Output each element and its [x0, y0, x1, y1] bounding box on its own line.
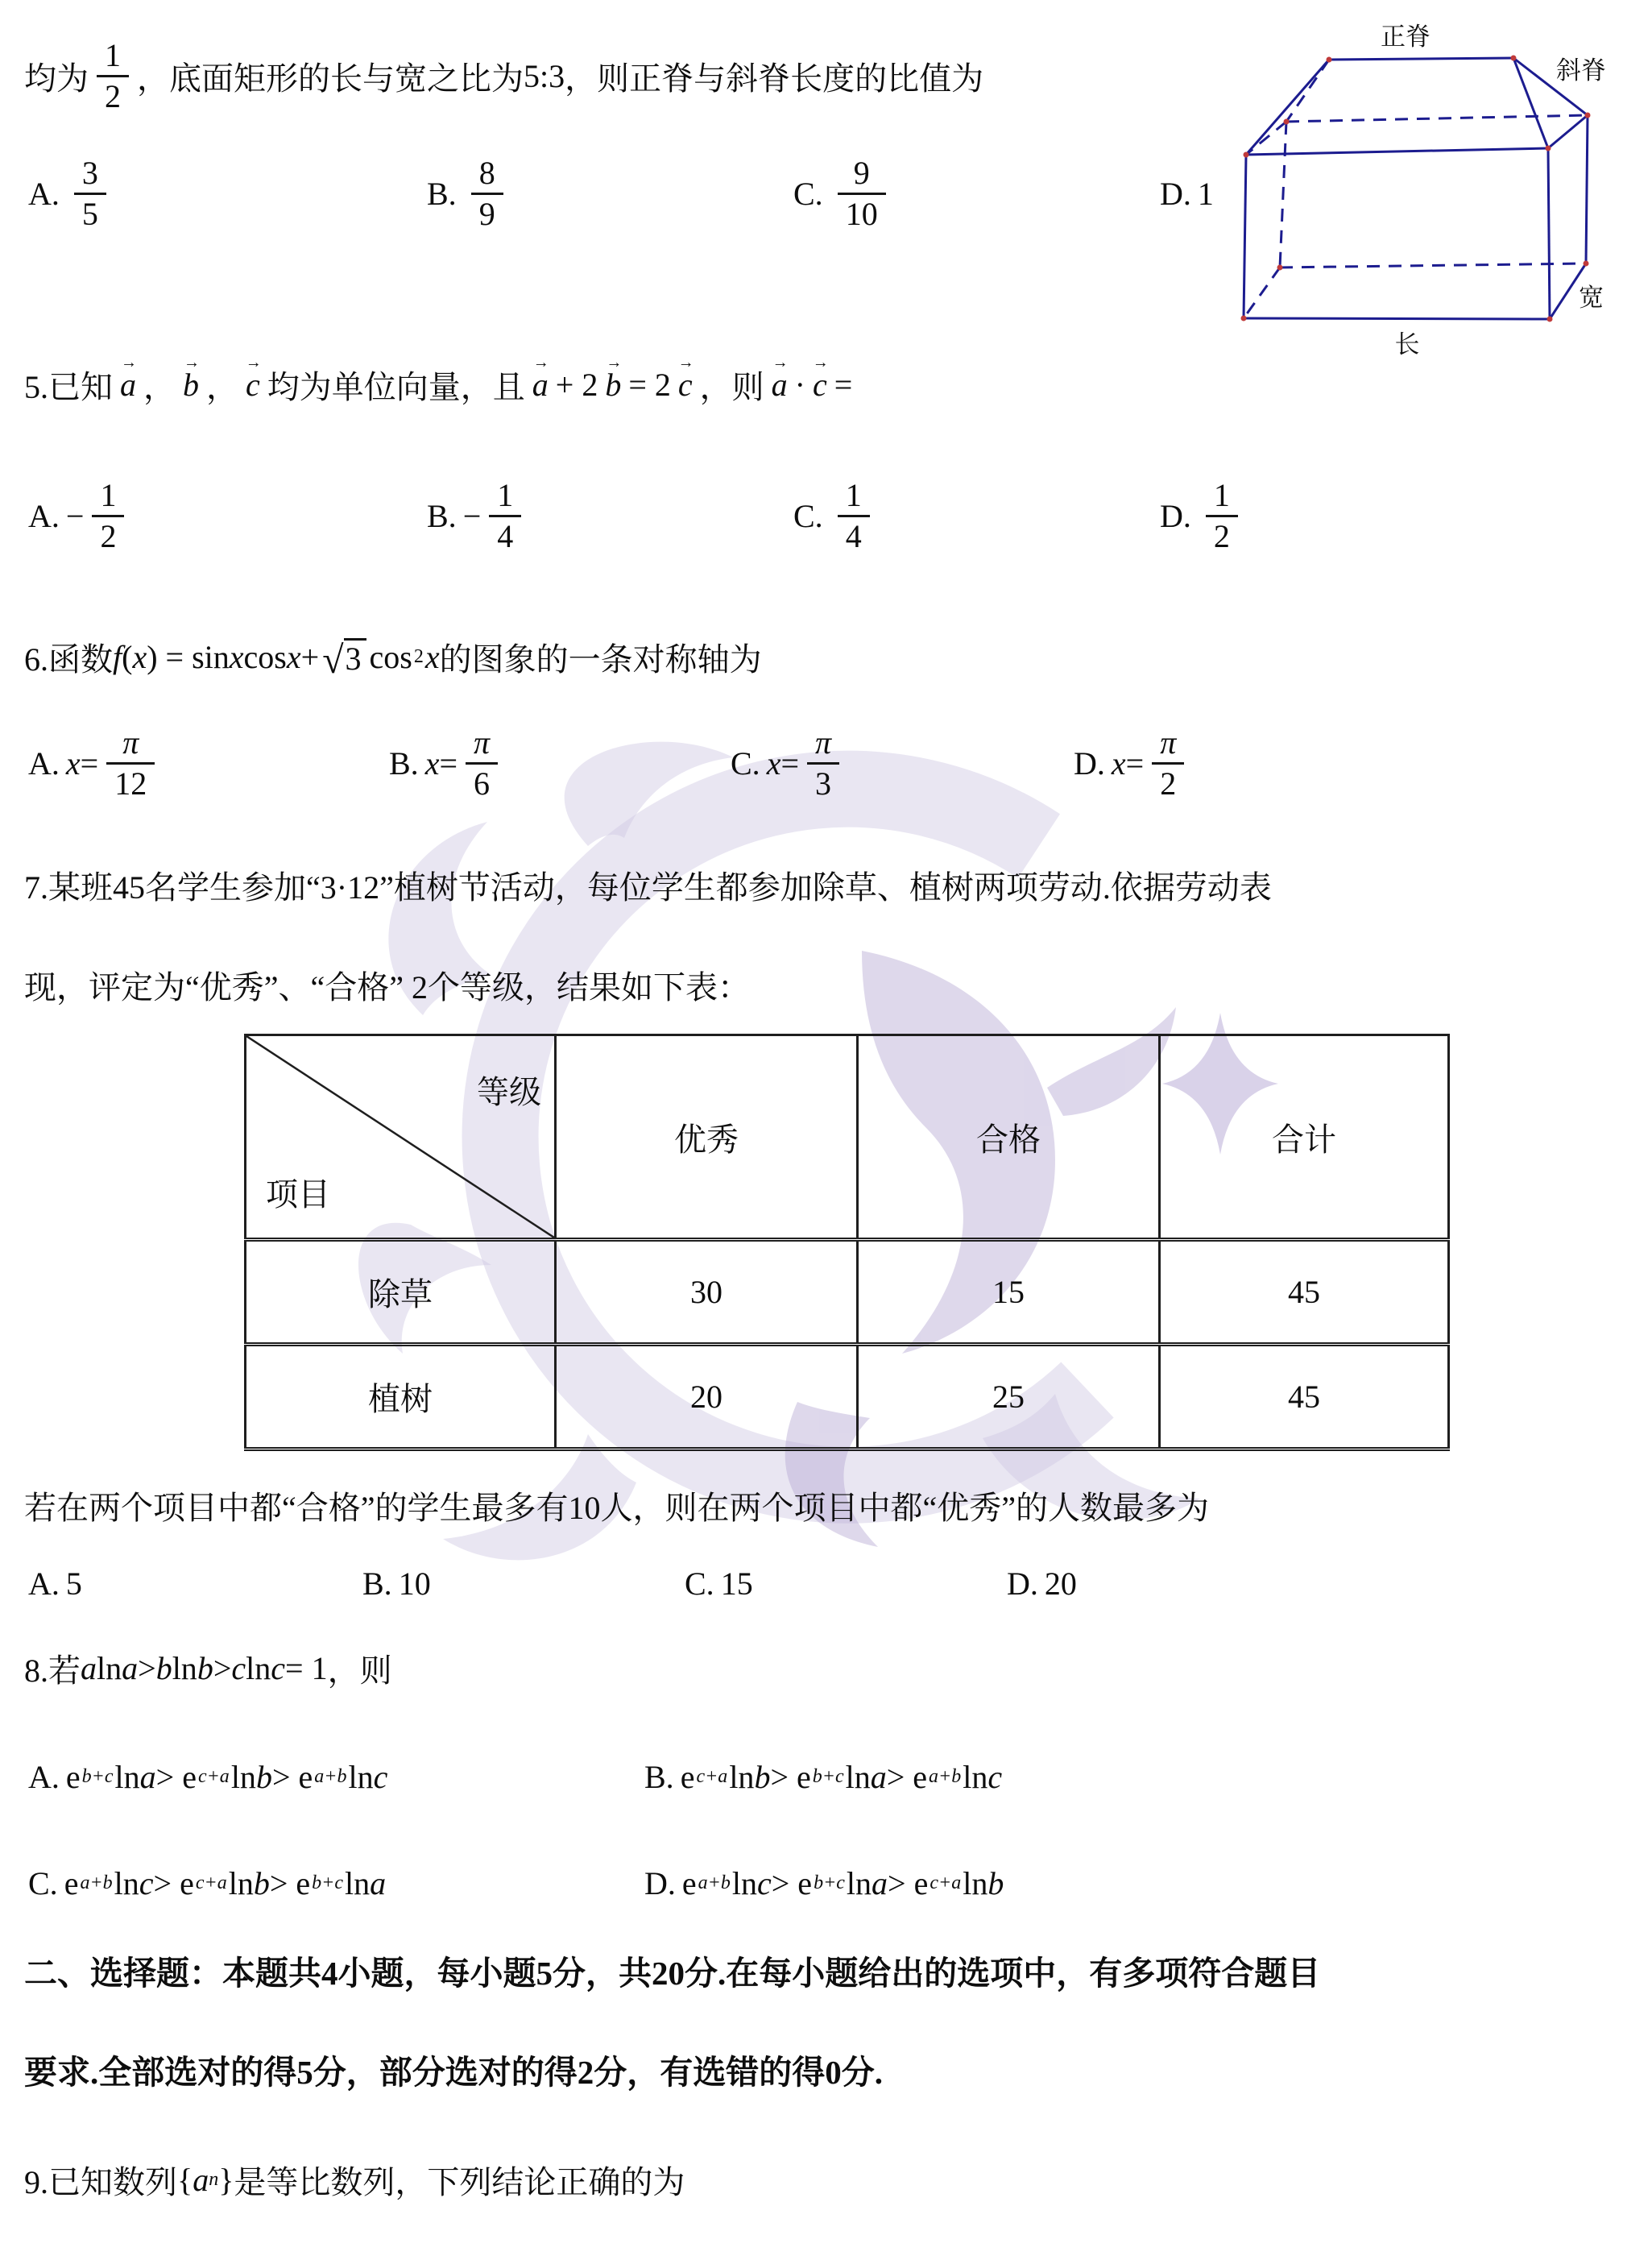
q8-option-c: C.ea+b ln c > ec+a ln b > eb+c ln a: [28, 1839, 386, 1927]
q8-option-d: D.ea+b ln c > eb+c ln a > ec+a ln b: [644, 1839, 1004, 1927]
q7-option-b: B.10: [362, 1555, 431, 1611]
table-row-weeding: 除草 30 15 45: [246, 1240, 1449, 1345]
row-label: 植树: [246, 1345, 556, 1449]
label-length: 长: [1395, 330, 1420, 359]
table-header-row: 等级 项目 优秀 合格 合计: [246, 1035, 1449, 1240]
q7-option-d: D.20: [1007, 1555, 1077, 1611]
q7-option-c: C.15: [685, 1555, 753, 1611]
table-row-planting: 植树 20 25 45: [246, 1345, 1449, 1449]
q6-options: A.x = π12 B.x = π6 C.x = π3 D.x = π2: [0, 703, 1652, 823]
header-total: 合计: [1160, 1035, 1449, 1240]
q7-option-a: A.5: [28, 1555, 82, 1611]
q6-option-a: A.x = π12: [28, 703, 163, 823]
q4-option-d: D.1: [1160, 135, 1214, 252]
q9-stem: 9.已知数列{an}是等比数列，下列结论正确的为: [24, 2139, 685, 2220]
q7-stem-line2: 现，评定为“优秀”、“合格” 2个等级，结果如下表：: [24, 960, 750, 1009]
q8-options-row1: A.eb+c ln a > ec+a ln b > ea+b ln c B.ec…: [0, 1732, 1652, 1821]
table-cell: 25: [858, 1345, 1160, 1449]
section2-heading-line1: 二、选择题：本题共4小题，每小题5分，共20分.在每小题给出的选项中，有多项符合…: [24, 1942, 1320, 1998]
header-pass: 合格: [858, 1035, 1160, 1240]
section2-heading-line2: 要求.全部选对的得5分，部分选对的得2分，有选错的得0分.: [24, 2041, 883, 2097]
table-cell: 45: [1160, 1345, 1449, 1449]
table-cell: 30: [556, 1240, 858, 1345]
q4-options: A.35 B.89 C.910 D.1: [0, 135, 1652, 252]
q7-options: A.5 B.10 C.15 D.20: [0, 1555, 1652, 1611]
q6-option-c: C.x = π3: [731, 703, 847, 823]
q4-option-a: A.35: [28, 135, 114, 252]
corner-label-grade: 等级: [477, 1067, 541, 1113]
table-corner-cell: 等级 项目: [246, 1035, 556, 1240]
label-width: 宽: [1579, 284, 1604, 312]
q6-stem: 6.函数f(x) = sin x cos x + √3cos2x 的图象的一条对…: [24, 611, 762, 703]
label-hip: 斜脊: [1556, 56, 1606, 85]
header-excellent: 优秀: [556, 1035, 858, 1240]
q6-option-b: B.x = π6: [389, 703, 506, 823]
table-cell: 15: [858, 1240, 1160, 1345]
q7-note: 若在两个项目中都“合格”的学生最多有10人，则在两个项目中都“优秀”的人数最多为: [24, 1481, 1209, 1529]
q5-option-b: B.−14: [427, 458, 529, 574]
q5-options: A.−12 B.−14 C.14 D.12: [0, 458, 1652, 574]
exam-page: 正脊 斜脊 宽 长 均为12，底面矩形的长与宽之比为5:3，则正脊与斜脊长度的比…: [0, 0, 1652, 2260]
q5-option-d: D.12: [1160, 458, 1246, 574]
q5-option-c: C.14: [793, 458, 878, 574]
q8-option-b: B.ec+a ln b > eb+c ln a > ea+b ln c: [644, 1732, 1002, 1821]
q5-stem: 5.已知→a，→b，→c均为单位向量，且→a + 2→b = 2→c，则→a ·…: [24, 346, 852, 423]
label-ridge: 正脊: [1381, 23, 1430, 51]
q6-option-d: D.x = π2: [1074, 703, 1192, 823]
q5-option-a: A.−12: [28, 458, 132, 574]
q8-stem: 8.若a ln a > b ln b > c ln c = 1，则: [24, 1640, 392, 1696]
q7-stem-line1: 7.某班45名学生参加“3·12”植树节活动，每位学生都参加除草、植树两项劳动.…: [24, 860, 1272, 909]
q4-stem: 均为12，底面矩形的长与宽之比为5:3，则正脊与斜脊长度的比值为: [24, 18, 983, 135]
q4-option-b: B.89: [427, 135, 511, 252]
q8-option-a: A.eb+c ln a > ec+a ln b > ea+b ln c: [28, 1732, 387, 1821]
table-cell: 45: [1160, 1240, 1449, 1345]
q4-option-c: C.910: [793, 135, 894, 252]
table-cell: 20: [556, 1345, 858, 1449]
row-label: 除草: [246, 1240, 556, 1345]
q8-options-row2: C.ea+b ln c > ec+a ln b > eb+c ln a D.ea…: [0, 1839, 1652, 1927]
corner-label-project: 项目: [266, 1169, 330, 1215]
grade-table: 等级 项目 优秀 合格 合计 除草 30 15 45 植树 20 25 45: [244, 1034, 1450, 1451]
